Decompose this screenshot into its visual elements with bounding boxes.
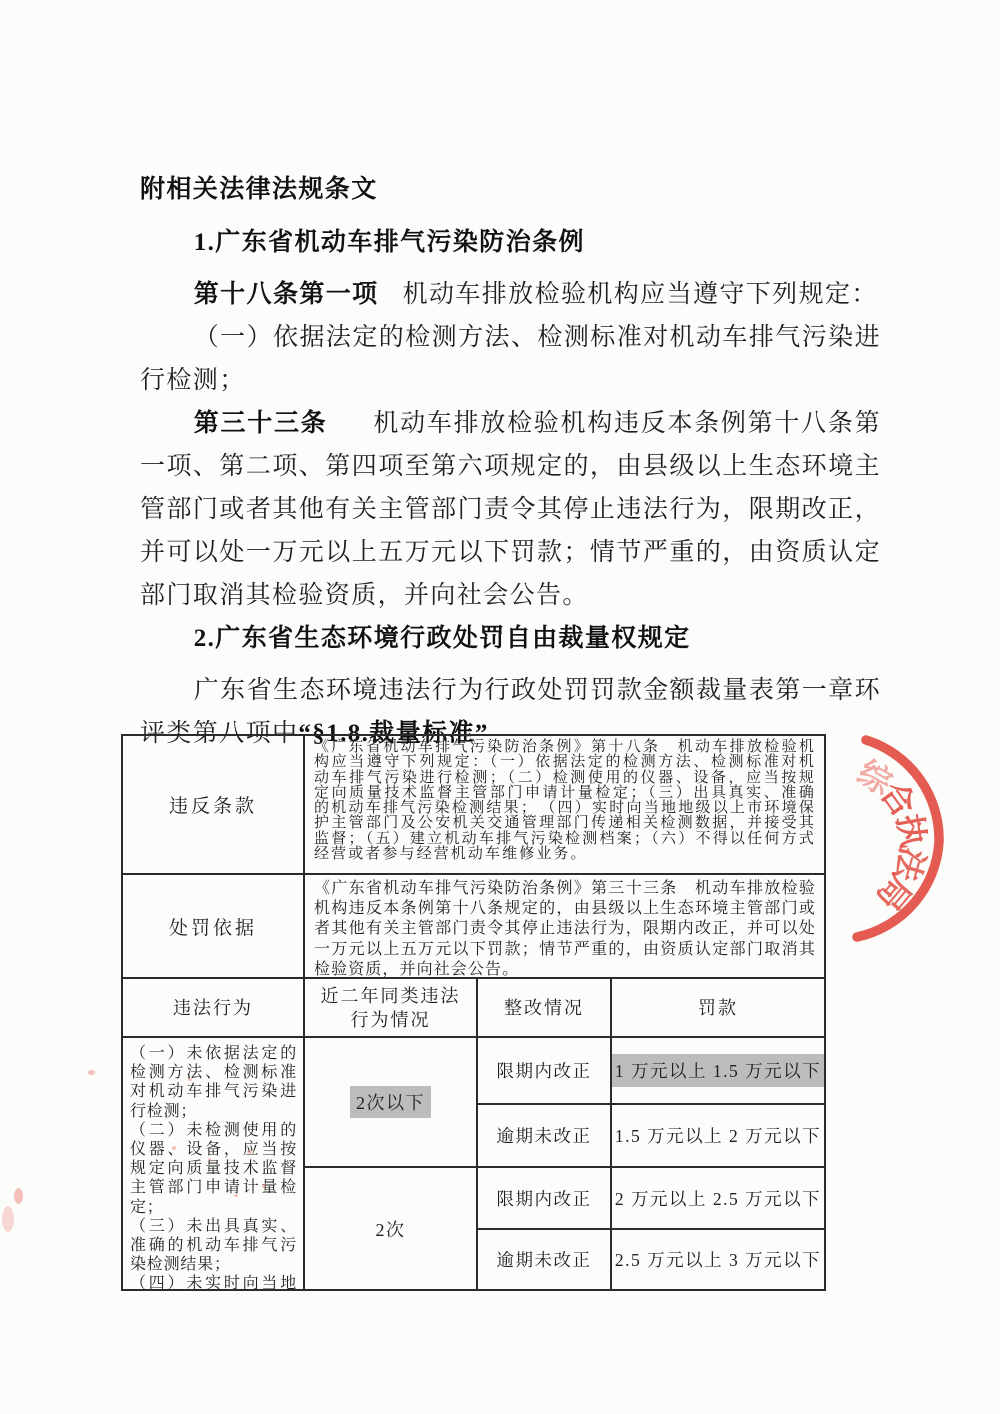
clause-18-item1: （一）依据法定的检测方法、检测标准对机动车排气污染进行检测； bbox=[140, 316, 881, 402]
official-stamp: 综 合 执 法 局 bbox=[790, 700, 1000, 960]
section2-title: 2.广东省生态环境行政处罚自由裁量权规定 bbox=[140, 617, 881, 660]
rectification-cell: 逾期未改正 bbox=[478, 1230, 612, 1289]
fine-cell: 1 万元以上 1.5 万元以下 bbox=[612, 1038, 824, 1105]
legal-text-section: 附相关法律法规条文 1.广东省机动车排气污染防治条例 第十八条第一项机动车排放检… bbox=[140, 168, 881, 755]
violation-item: （三）未出具真实、准确的机动车排气污染检测结果； bbox=[130, 1217, 297, 1275]
fine-cell: 2.5 万元以上 3 万元以下 bbox=[612, 1230, 824, 1289]
violation-items-cell: （一）未依据法定的检测方法、检测标准对机动车排气污染进行检测； （二）未检测使用… bbox=[123, 1038, 305, 1289]
clause-33-paragraph: 第三十三条机动车排放检验机构违反本条例第十八条第一项、第二项、第四项至第六项规定… bbox=[140, 402, 881, 617]
clause-33-lead: 第三十三条 bbox=[194, 410, 328, 437]
ink-speck bbox=[234, 1194, 238, 1197]
ink-speck bbox=[208, 1158, 211, 1161]
violation-item: （二）未检测使用的仪器、设备，应当按规定向质量技术监督主管部门申请计量检定； bbox=[130, 1121, 297, 1217]
rectification-cell: 限期内改正 bbox=[478, 1168, 612, 1230]
clause-18-paragraph: 第十八条第一项机动车排放检验机构应当遵守下列规定： bbox=[140, 273, 881, 316]
penalty-basis-text: 《广东省机动车排气污染防治条例》第三十三条 机动车排放检验机构违反本条例第十八条… bbox=[305, 875, 824, 979]
ink-speck bbox=[247, 1150, 252, 1154]
section1-title: 1.广东省机动车排气污染防治条例 bbox=[140, 221, 881, 264]
fine-cell: 2 万元以上 2.5 万元以下 bbox=[612, 1168, 824, 1230]
fine-value-highlighted: 1 万元以上 1.5 万元以下 bbox=[612, 1054, 824, 1087]
history-count-cell: 2次 bbox=[305, 1168, 478, 1289]
header-history: 近二年同类违法行为情况 bbox=[305, 979, 478, 1038]
attachment-heading: 附相关法律法规条文 bbox=[140, 168, 881, 211]
ink-speck bbox=[14, 1188, 23, 1204]
penalty-basis-label: 处罚依据 bbox=[123, 875, 305, 979]
ink-speck bbox=[188, 1078, 192, 1081]
history-count-cell: 2次以下 bbox=[305, 1038, 478, 1168]
scanned-legal-document-page: 附相关法律法规条文 1.广东省机动车排气污染防治条例 第十八条第一项机动车排放检… bbox=[0, 0, 1000, 1414]
fine-cell: 1.5 万元以上 2 万元以下 bbox=[612, 1105, 824, 1168]
header-rectification: 整改情况 bbox=[478, 979, 612, 1038]
ink-speck bbox=[262, 1184, 266, 1188]
rectification-cell: 限期内改正 bbox=[478, 1038, 612, 1105]
violation-item: （一）未依据法定的检测方法、检测标准对机动车排气污染进行检测； bbox=[130, 1044, 297, 1121]
penalty-discretion-table: 违反条款 《广东省机动车排气污染防治条例》第十八条 机动车排放检验机构应当遵守下… bbox=[121, 734, 826, 1291]
ink-speck bbox=[88, 1070, 95, 1075]
clause-18-text: 机动车排放检验机构应当遵守下列规定： bbox=[403, 281, 878, 308]
clause-33-text: 机动车排放检验机构违反本条例第十八条第一项、第二项、第四项至第六项规定的，由县级… bbox=[140, 410, 881, 609]
header-fine: 罚款 bbox=[612, 979, 824, 1038]
ink-speck bbox=[2, 1206, 14, 1232]
clause-18-lead: 第十八条第一项 bbox=[194, 281, 379, 308]
rectification-cell: 逾期未改正 bbox=[478, 1105, 612, 1168]
ink-speck bbox=[172, 1146, 176, 1150]
violated-clause-label: 违反条款 bbox=[123, 736, 305, 875]
history-count-badge: 2次以下 bbox=[350, 1086, 431, 1118]
violated-clause-text: 《广东省机动车排气污染防治条例》第十八条 机动车排放检验机构应当遵守下列规定：（… bbox=[305, 736, 824, 875]
violation-item: （四）未实时向当地地 bbox=[130, 1274, 297, 1289]
header-violation: 违法行为 bbox=[123, 979, 305, 1038]
